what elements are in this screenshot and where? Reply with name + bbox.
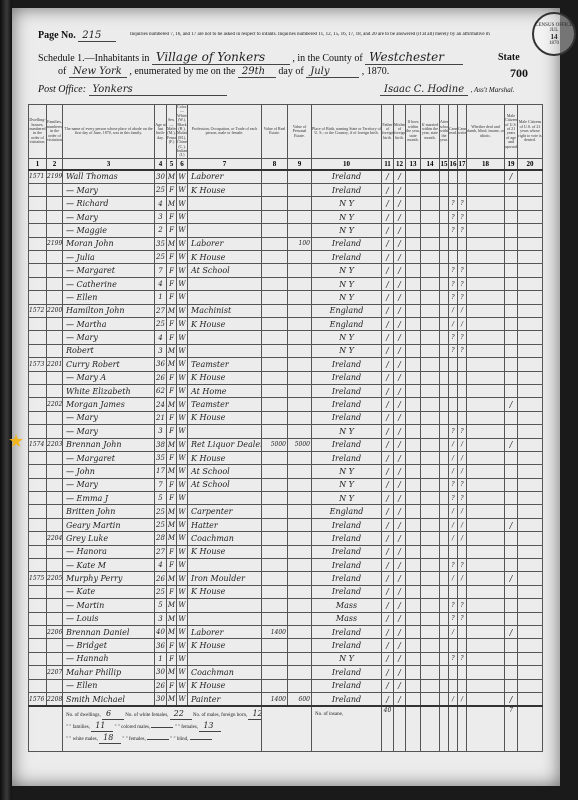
cannot-read-cell: / bbox=[449, 505, 458, 518]
sex-cell: F bbox=[167, 371, 177, 384]
personal-estate-cell bbox=[288, 251, 312, 264]
citizen-cell bbox=[505, 478, 518, 491]
born-in-year-cell bbox=[406, 666, 421, 679]
color-cell: W bbox=[177, 559, 188, 572]
table-row: 1576 2208 Smith Michael 30 M W Painter 1… bbox=[29, 692, 543, 706]
sex-cell: M bbox=[167, 358, 177, 371]
table-row: — Margaret 35 F W K House Ireland / / / … bbox=[29, 451, 543, 464]
white-females-label: No. of white females, bbox=[125, 713, 168, 718]
age-cell: 35 bbox=[155, 451, 167, 464]
real-estate-cell bbox=[262, 184, 288, 197]
deaf-blind-cell bbox=[467, 451, 505, 464]
married-in-year-cell bbox=[421, 237, 440, 250]
person-name: Wall Thomas bbox=[63, 170, 155, 184]
married-in-year-cell bbox=[421, 184, 440, 197]
person-name: — Margaret bbox=[63, 264, 155, 277]
citizen-cell: / bbox=[505, 170, 518, 184]
table-row: — Margaret 7 F W At School N Y / / ? ? bbox=[29, 264, 543, 277]
families-label: " " families, bbox=[66, 725, 90, 730]
family-number: 2204 bbox=[47, 532, 63, 545]
born-in-year-cell bbox=[406, 317, 421, 330]
father-foreign-cell: / bbox=[382, 505, 394, 518]
mother-foreign-cell: / bbox=[394, 492, 406, 505]
table-row: 1573 2201 Curry Robert 36 M W Teamster I… bbox=[29, 358, 543, 371]
cannot-write-cell: ? bbox=[458, 478, 467, 491]
married-in-year-cell bbox=[421, 451, 440, 464]
cannot-write-cell bbox=[458, 237, 467, 250]
col-number: 9 bbox=[288, 158, 312, 170]
post-office-label: Post Office: bbox=[38, 84, 86, 95]
family-number bbox=[47, 478, 63, 491]
families-value: 11 bbox=[91, 721, 113, 732]
school-cell bbox=[440, 251, 449, 264]
age-cell: 36 bbox=[155, 639, 167, 652]
dwelling-number bbox=[29, 197, 47, 210]
sex-cell: M bbox=[167, 666, 177, 679]
citizen-cell bbox=[505, 532, 518, 545]
mother-foreign-cell: / bbox=[394, 237, 406, 250]
father-foreign-cell: / bbox=[382, 251, 394, 264]
citizen-cell bbox=[505, 585, 518, 598]
father-foreign-cell: / bbox=[382, 371, 394, 384]
sex-cell: F bbox=[167, 331, 177, 344]
dwelling-number bbox=[29, 344, 47, 357]
cannot-write-cell: / bbox=[458, 518, 467, 531]
real-estate-cell bbox=[262, 505, 288, 518]
cannot-write-cell bbox=[458, 371, 467, 384]
father-foreign-cell: / bbox=[382, 210, 394, 223]
sex-cell: M bbox=[167, 599, 177, 612]
color-cell: W bbox=[177, 224, 188, 237]
dwelling-number: 1571 bbox=[29, 170, 47, 184]
cannot-write-cell bbox=[458, 170, 467, 184]
vote-denied-cell bbox=[518, 679, 543, 692]
sex-cell: F bbox=[167, 317, 177, 330]
sex-cell: F bbox=[167, 652, 177, 665]
family-number bbox=[47, 492, 63, 505]
birthplace-cell: Ireland bbox=[312, 545, 382, 558]
occupation-cell: K House bbox=[188, 411, 262, 424]
sex-cell: M bbox=[167, 532, 177, 545]
occupation-cell: K House bbox=[188, 184, 262, 197]
born-in-year-cell bbox=[406, 384, 421, 397]
personal-estate-cell bbox=[288, 358, 312, 371]
born-in-year-cell bbox=[406, 210, 421, 223]
cannot-write-cell bbox=[458, 358, 467, 371]
birthplace-cell: N Y bbox=[312, 652, 382, 665]
cannot-write-cell: ? bbox=[458, 331, 467, 344]
colored-males-label: " " colored males, bbox=[114, 725, 150, 730]
school-cell bbox=[440, 438, 449, 451]
vote-denied-cell bbox=[518, 411, 543, 424]
foreign-females-value: 13 bbox=[199, 721, 221, 732]
married-in-year-cell bbox=[421, 478, 440, 491]
instructions-line-1: Inquiries numbered 7, 16, and 17 are not… bbox=[130, 32, 277, 37]
citizen-cell bbox=[505, 612, 518, 625]
father-foreign-cell: / bbox=[382, 545, 394, 558]
occupation-cell bbox=[188, 612, 262, 625]
table-row: — Catherine 4 F W N Y / / ? ? bbox=[29, 277, 543, 290]
cannot-write-cell: ? bbox=[458, 224, 467, 237]
vote-denied-cell bbox=[518, 518, 543, 531]
family-number: 2201 bbox=[47, 358, 63, 371]
color-cell: W bbox=[177, 358, 188, 371]
cannot-read-cell: ? bbox=[449, 425, 458, 438]
table-row: — Mary A 26 F W K House Ireland / / bbox=[29, 371, 543, 384]
mother-foreign-cell: / bbox=[394, 639, 406, 652]
citizen-cell bbox=[505, 639, 518, 652]
schedule-label: Schedule 1.—Inhabitants in bbox=[38, 53, 149, 64]
personal-estate-cell bbox=[288, 478, 312, 491]
school-cell bbox=[440, 492, 449, 505]
cannot-read-cell: ? bbox=[449, 492, 458, 505]
real-estate-cell bbox=[262, 465, 288, 478]
mother-foreign-cell: / bbox=[394, 425, 406, 438]
summary-empty bbox=[449, 706, 458, 752]
color-cell: W bbox=[177, 652, 188, 665]
born-in-year-cell bbox=[406, 692, 421, 706]
occupation-cell: Teamster bbox=[188, 358, 262, 371]
sex-cell: F bbox=[167, 264, 177, 277]
occupation-cell bbox=[188, 197, 262, 210]
born-in-year-cell bbox=[406, 331, 421, 344]
dwelling-number bbox=[29, 371, 47, 384]
father-foreign-cell: / bbox=[382, 559, 394, 572]
born-in-year-cell bbox=[406, 237, 421, 250]
family-number: 2206 bbox=[47, 625, 63, 638]
real-estate-cell bbox=[262, 197, 288, 210]
day-value: 29th bbox=[238, 66, 276, 78]
dwelling-number bbox=[29, 545, 47, 558]
father-foreign-cell: / bbox=[382, 277, 394, 290]
deaf-blind-cell bbox=[467, 264, 505, 277]
sex-cell: M bbox=[167, 237, 177, 250]
age-cell: 30 bbox=[155, 666, 167, 679]
personal-estate-cell bbox=[288, 344, 312, 357]
mother-foreign-cell: / bbox=[394, 197, 406, 210]
family-number bbox=[47, 639, 63, 652]
cannot-write-cell bbox=[458, 398, 467, 411]
family-number bbox=[47, 612, 63, 625]
sex-cell: M bbox=[167, 465, 177, 478]
born-in-year-cell bbox=[406, 184, 421, 197]
born-in-year-cell bbox=[406, 371, 421, 384]
sex-cell: M bbox=[167, 518, 177, 531]
citizen-cell bbox=[505, 371, 518, 384]
sex-cell: M bbox=[167, 170, 177, 184]
occupation-cell: Coachman bbox=[188, 666, 262, 679]
personal-estate-cell bbox=[288, 210, 312, 223]
real-estate-cell: 1400 bbox=[262, 692, 288, 706]
citizen-cell bbox=[505, 652, 518, 665]
personal-estate-cell: 100 bbox=[288, 237, 312, 250]
family-number bbox=[47, 465, 63, 478]
age-cell: 25 bbox=[155, 251, 167, 264]
table-row: — Mary 7 F W At School N Y / / ? ? bbox=[29, 478, 543, 491]
family-number bbox=[47, 224, 63, 237]
col-header-age: Age at last birth-day. bbox=[155, 105, 167, 159]
dwelling-number bbox=[29, 224, 47, 237]
col-number: 7 bbox=[188, 158, 262, 170]
age-cell: 36 bbox=[155, 358, 167, 371]
personal-estate-cell bbox=[288, 518, 312, 531]
birthplace-cell: Ireland bbox=[312, 237, 382, 250]
father-foreign-cell: / bbox=[382, 585, 394, 598]
summary-empty bbox=[421, 706, 440, 752]
table-row: Geary Martin 25 M W Hatter Ireland / / /… bbox=[29, 518, 543, 531]
family-number bbox=[47, 425, 63, 438]
sex-cell: M bbox=[167, 197, 177, 210]
mother-foreign-cell: / bbox=[394, 572, 406, 585]
occupation-cell bbox=[188, 210, 262, 223]
person-name: Curry Robert bbox=[63, 358, 155, 371]
table-row: 2202 Morgan James 24 M W Teamster Irelan… bbox=[29, 398, 543, 411]
person-name: Grey Luke bbox=[63, 532, 155, 545]
of-label: of bbox=[58, 66, 66, 77]
born-in-year-cell bbox=[406, 572, 421, 585]
personal-estate-cell bbox=[288, 291, 312, 304]
census-rows: 1571 2199 Wall Thomas 30 M W Laborer Ire… bbox=[29, 170, 543, 707]
citizen-cell bbox=[505, 666, 518, 679]
table-row: — Mary 3 F W N Y / / ? ? bbox=[29, 425, 543, 438]
foreign-females-label: " " females, bbox=[175, 725, 198, 730]
born-in-year-cell bbox=[406, 652, 421, 665]
school-cell bbox=[440, 478, 449, 491]
dwelling-number bbox=[29, 210, 47, 223]
school-cell bbox=[440, 317, 449, 330]
color-cell: W bbox=[177, 585, 188, 598]
personal-estate-cell bbox=[288, 317, 312, 330]
personal-estate-cell bbox=[288, 625, 312, 638]
cannot-write-cell bbox=[458, 384, 467, 397]
father-foreign-cell: / bbox=[382, 358, 394, 371]
marshal-line: Isaac C. Hodine , Ass't Marshal. bbox=[380, 84, 514, 96]
color-cell: W bbox=[177, 264, 188, 277]
birthplace-cell: N Y bbox=[312, 465, 382, 478]
table-row: — Mary 3 F W N Y / / ? ? bbox=[29, 210, 543, 223]
person-name: — Mary bbox=[63, 210, 155, 223]
dwelling-number bbox=[29, 317, 47, 330]
family-number bbox=[47, 585, 63, 598]
table-row: 1574 2203 Brennan John 38 M W Ret Liquor… bbox=[29, 438, 543, 451]
age-cell: 40 bbox=[155, 625, 167, 638]
family-number bbox=[47, 264, 63, 277]
deaf-blind-cell bbox=[467, 291, 505, 304]
birthplace-cell: N Y bbox=[312, 197, 382, 210]
family-number: 2203 bbox=[47, 438, 63, 451]
color-cell: W bbox=[177, 599, 188, 612]
col-number: 17 bbox=[458, 158, 467, 170]
birthplace-cell: Ireland bbox=[312, 451, 382, 464]
col-header-real-estate: Value of Real Estate. bbox=[262, 105, 288, 159]
father-foreign-cell: / bbox=[382, 184, 394, 197]
family-number bbox=[47, 679, 63, 692]
age-cell: 4 bbox=[155, 277, 167, 290]
father-foreign-cell: / bbox=[382, 291, 394, 304]
married-in-year-cell bbox=[421, 277, 440, 290]
col-header-birthplace: Place of Birth, naming State or Territor… bbox=[312, 105, 382, 159]
dwelling-number bbox=[29, 291, 47, 304]
married-in-year-cell bbox=[421, 518, 440, 531]
school-cell bbox=[440, 505, 449, 518]
married-in-year-cell bbox=[421, 572, 440, 585]
born-in-year-cell bbox=[406, 612, 421, 625]
occupation-cell bbox=[188, 224, 262, 237]
occupation-cell: At School bbox=[188, 465, 262, 478]
deaf-blind-cell bbox=[467, 438, 505, 451]
vote-denied-cell bbox=[518, 251, 543, 264]
sex-cell: F bbox=[167, 411, 177, 424]
cannot-read-cell: ? bbox=[449, 612, 458, 625]
col-header-married-in-year: If married within the year, state month. bbox=[421, 105, 440, 159]
school-cell bbox=[440, 358, 449, 371]
person-name: Geary Martin bbox=[63, 518, 155, 531]
dwelling-number bbox=[29, 532, 47, 545]
county-value: Westchester bbox=[365, 50, 463, 65]
born-in-year-cell bbox=[406, 398, 421, 411]
deaf-blind-cell bbox=[467, 518, 505, 531]
father-foreign-cell: / bbox=[382, 692, 394, 706]
marshal-label: , Ass't Marshal. bbox=[471, 86, 515, 94]
born-in-year-cell bbox=[406, 465, 421, 478]
deaf-blind-cell bbox=[467, 344, 505, 357]
dwelling-number bbox=[29, 666, 47, 679]
cannot-read-cell: ? bbox=[449, 559, 458, 572]
cannot-read-cell bbox=[449, 398, 458, 411]
family-number bbox=[47, 197, 63, 210]
occupation-cell: Coachman bbox=[188, 532, 262, 545]
personal-estate-cell bbox=[288, 465, 312, 478]
age-cell: 1 bbox=[155, 291, 167, 304]
birthplace-cell: Ireland bbox=[312, 251, 382, 264]
family-number: 2202 bbox=[47, 398, 63, 411]
sex-cell: F bbox=[167, 585, 177, 598]
vote-denied-cell bbox=[518, 197, 543, 210]
born-in-year-cell bbox=[406, 411, 421, 424]
person-name: — Mary bbox=[63, 411, 155, 424]
color-cell: W bbox=[177, 277, 188, 290]
table-row: — Louis 3 M W Mass / / ? ? bbox=[29, 612, 543, 625]
vote-denied-cell bbox=[518, 317, 543, 330]
family-number bbox=[47, 251, 63, 264]
person-name: — Mary bbox=[63, 478, 155, 491]
age-cell: 26 bbox=[155, 572, 167, 585]
col-header-personal-estate: Value of Personal Estate. bbox=[288, 105, 312, 159]
age-cell: 25 bbox=[155, 184, 167, 197]
mother-foreign-cell: / bbox=[394, 291, 406, 304]
mother-foreign-cell: / bbox=[394, 545, 406, 558]
citizen-cell bbox=[505, 505, 518, 518]
col-header-deaf-blind: Whether deaf and dumb, blind, insane, or… bbox=[467, 105, 505, 159]
occupation-cell: Carpenter bbox=[188, 505, 262, 518]
cannot-write-cell: ? bbox=[458, 277, 467, 290]
occupation-cell bbox=[188, 331, 262, 344]
enumeration-line: of New York , enumerated by me on the 29… bbox=[58, 66, 389, 78]
family-number bbox=[47, 277, 63, 290]
married-in-year-cell bbox=[421, 425, 440, 438]
occupation-cell: K House bbox=[188, 317, 262, 330]
color-cell: W bbox=[177, 304, 188, 317]
real-estate-cell bbox=[262, 545, 288, 558]
sex-cell: M bbox=[167, 304, 177, 317]
real-estate-cell bbox=[262, 679, 288, 692]
family-number: 2205 bbox=[47, 572, 63, 585]
sex-cell: M bbox=[167, 438, 177, 451]
person-name: — Mary A bbox=[63, 371, 155, 384]
real-estate-cell bbox=[262, 425, 288, 438]
month-value: July bbox=[306, 66, 359, 78]
married-in-year-cell bbox=[421, 197, 440, 210]
vote-denied-cell bbox=[518, 184, 543, 197]
insane-label: No. of insane, bbox=[315, 710, 378, 720]
cannot-read-cell: ? bbox=[449, 331, 458, 344]
school-cell bbox=[440, 224, 449, 237]
father-foreign-cell: / bbox=[382, 170, 394, 184]
personal-estate-cell bbox=[288, 639, 312, 652]
dwellings-value: 6 bbox=[102, 709, 124, 720]
school-cell bbox=[440, 679, 449, 692]
col11-total: 40 bbox=[382, 706, 394, 752]
cannot-read-cell: ? bbox=[449, 291, 458, 304]
family-number: 2208 bbox=[47, 692, 63, 706]
married-in-year-cell bbox=[421, 358, 440, 371]
citizen-cell bbox=[505, 599, 518, 612]
sex-cell: F bbox=[167, 210, 177, 223]
family-number: 2199 bbox=[47, 237, 63, 250]
birthplace-cell: Ireland bbox=[312, 585, 382, 598]
color-cell: W bbox=[177, 451, 188, 464]
col-header-cannot-write: Cannot write. bbox=[458, 105, 467, 159]
color-cell: W bbox=[177, 465, 188, 478]
dwelling-number bbox=[29, 398, 47, 411]
deaf-blind-cell bbox=[467, 224, 505, 237]
father-foreign-cell: / bbox=[382, 625, 394, 638]
occupation-cell: Laborer bbox=[188, 170, 262, 184]
real-estate-cell bbox=[262, 585, 288, 598]
mother-foreign-cell: / bbox=[394, 251, 406, 264]
real-estate-cell bbox=[262, 331, 288, 344]
married-in-year-cell bbox=[421, 666, 440, 679]
occupation-cell: K House bbox=[188, 679, 262, 692]
married-in-year-cell bbox=[421, 398, 440, 411]
deaf-blind-cell bbox=[467, 679, 505, 692]
deaf-blind-cell bbox=[467, 371, 505, 384]
table-row: — Emma J 5 F W N Y / / ? ? bbox=[29, 492, 543, 505]
person-name: — Martha bbox=[63, 317, 155, 330]
summary-empty bbox=[518, 706, 543, 752]
county-label: , in the County of bbox=[292, 53, 362, 64]
color-cell: W bbox=[177, 251, 188, 264]
person-name: — Maggie bbox=[63, 224, 155, 237]
real-estate-cell bbox=[262, 451, 288, 464]
cannot-write-cell: ? bbox=[458, 291, 467, 304]
occupation-cell bbox=[188, 559, 262, 572]
col-header-citizens: Male Citizens of U.S. of 21 years of age… bbox=[505, 105, 518, 159]
born-in-year-cell bbox=[406, 559, 421, 572]
personal-estate-cell bbox=[288, 411, 312, 424]
person-name: White Elizabeth bbox=[63, 384, 155, 397]
citizen-cell bbox=[505, 411, 518, 424]
born-in-year-cell bbox=[406, 277, 421, 290]
birthplace-cell: Ireland bbox=[312, 692, 382, 706]
col-number: 3 bbox=[63, 158, 155, 170]
mother-foreign-cell: / bbox=[394, 465, 406, 478]
table-row: — Maggie 2 F W N Y / / ? ? bbox=[29, 224, 543, 237]
cannot-read-cell bbox=[449, 545, 458, 558]
father-foreign-cell: / bbox=[382, 478, 394, 491]
dwelling-number bbox=[29, 679, 47, 692]
colored-females-value bbox=[147, 739, 169, 740]
